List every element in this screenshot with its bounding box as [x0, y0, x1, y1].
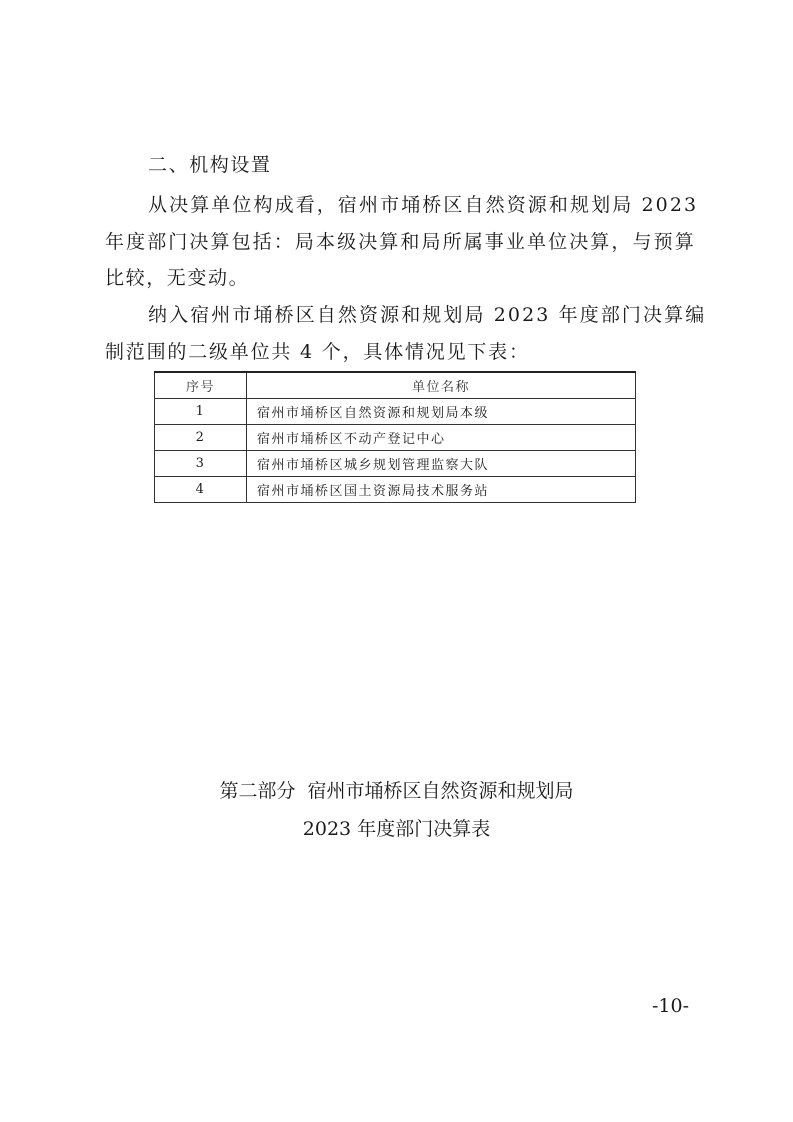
paragraph-1-line-2: 年度部门决算包括：局本级决算和局所属事业单位决算，与预算 [105, 227, 696, 254]
row-index: 3 [155, 451, 247, 477]
units-table: 序号 单位名称 1 宿州市埇桥区自然资源和规划局本级 2 宿州市埇桥区不动产登记… [154, 371, 636, 503]
part-subtitle: 2023 年度部门决算表 [0, 814, 793, 841]
row-index: 1 [155, 399, 247, 425]
paragraph-2-line-2: 制范围的二级单位共 4 个，具体情况见下表： [105, 337, 530, 364]
table-header-row: 序号 单位名称 [155, 372, 636, 399]
table-row: 4 宿州市埇桥区国土资源局技术服务站 [155, 477, 636, 503]
paragraph-1-line-3: 比较，无变动。 [105, 263, 249, 290]
row-unit-name: 宿州市埇桥区城乡规划管理监察大队 [247, 451, 636, 477]
paragraph-1-line-1: 从决算单位构成看，宿州市埇桥区自然资源和规划局 2023 [148, 190, 698, 217]
row-unit-name: 宿州市埇桥区国土资源局技术服务站 [247, 477, 636, 503]
row-unit-name: 宿州市埇桥区不动产登记中心 [247, 425, 636, 451]
part-title: 第二部分 宿州市埇桥区自然资源和规划局 [0, 776, 793, 803]
paragraph-2-line-1: 纳入宿州市埇桥区自然资源和规划局 2023 年度部门决算编 [148, 300, 706, 327]
table-row: 3 宿州市埇桥区城乡规划管理监察大队 [155, 451, 636, 477]
table-row: 1 宿州市埇桥区自然资源和规划局本级 [155, 399, 636, 425]
row-index: 4 [155, 477, 247, 503]
page-number: -10- [652, 995, 689, 1017]
table-row: 2 宿州市埇桥区不动产登记中心 [155, 425, 636, 451]
header-index: 序号 [155, 372, 247, 399]
section-heading: 二、机构设置 [148, 150, 272, 177]
header-unit-name: 单位名称 [247, 372, 636, 399]
row-unit-name: 宿州市埇桥区自然资源和规划局本级 [247, 399, 636, 425]
row-index: 2 [155, 425, 247, 451]
